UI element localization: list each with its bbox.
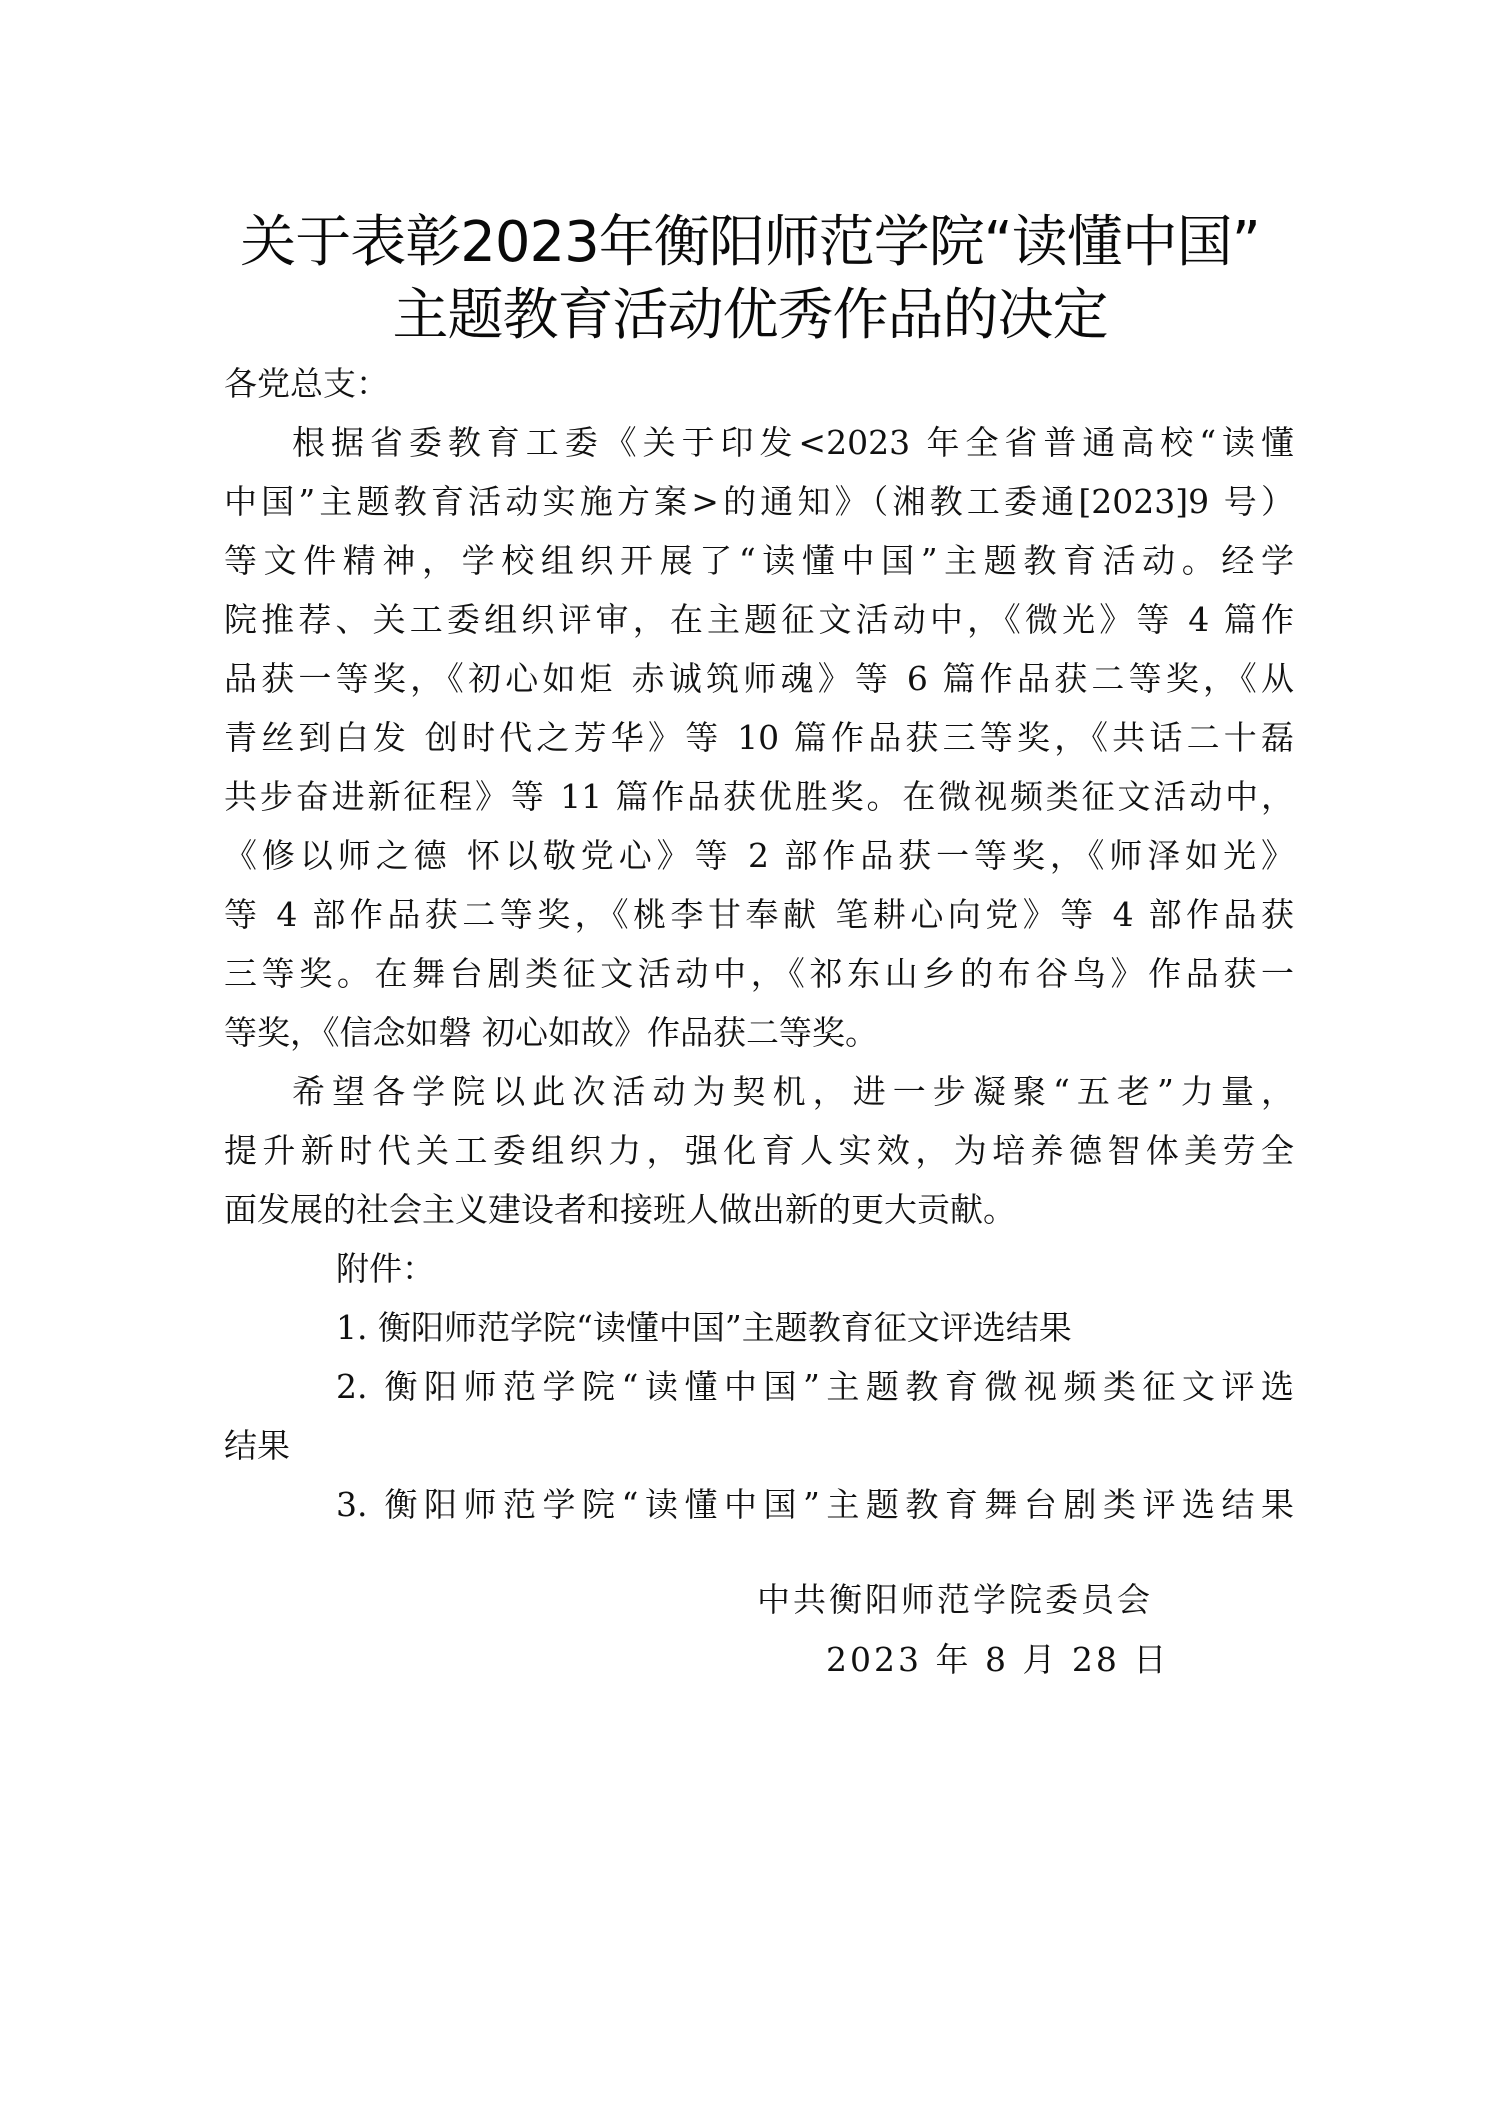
document-page: 关于表彰2023年衡阳师范学院“读懂中国” 主题教育活动优秀作品的决定 各党总支… bbox=[0, 0, 1500, 2121]
attachment-item-2-continued: 结果 bbox=[224, 1422, 1294, 1470]
paragraph-1-line: 共步奋进新征程》等 11 篇作品获优胜奖。在微视频类征文活动中， bbox=[224, 773, 1294, 821]
paragraph-1-line: 等 4 部作品获二等奖，《桃李甘奉献 笔耕心向党》等 4 部作品获 bbox=[224, 891, 1294, 939]
attachment-item-3: 3. 衡阳师范学院“读懂中国”主题教育舞台剧类评选结果 bbox=[336, 1481, 1294, 1529]
signature-date: 2023 年 8 月 28 日 bbox=[826, 1636, 1169, 1684]
paragraph-1-line: 《修以师之德 怀以敬党心》等 2 部作品获一等奖，《师泽如光》 bbox=[224, 832, 1294, 880]
paragraph-2-line: 提升新时代关工委组织力，强化育人实效，为培养德智体美劳全 bbox=[224, 1127, 1294, 1175]
attachment-item-1: 1. 衡阳师范学院“读懂中国”主题教育征文评选结果 bbox=[336, 1304, 1294, 1352]
paragraph-1-line: 中国”主题教育活动实施方案>的通知》（湘教工委通[2023]9 号） bbox=[224, 478, 1294, 526]
paragraph-1-line: 院推荐、关工委组织评审，在主题征文活动中，《微光》等 4 篇作 bbox=[224, 596, 1294, 644]
paragraph-2-line: 希望各学院以此次活动为契机，进一步凝聚“五老”力量， bbox=[292, 1068, 1294, 1116]
paragraph-1-line: 品获一等奖，《初心如炬 赤诚筑师魂》等 6 篇作品获二等奖，《从 bbox=[224, 655, 1294, 703]
document-title-line-1: 关于表彰2023年衡阳师范学院“读懂中国” bbox=[0, 208, 1500, 278]
document-title-line-2: 主题教育活动优秀作品的决定 bbox=[0, 281, 1500, 351]
paragraph-1-line: 等奖，《信念如磐 初心如故》作品获二等奖。 bbox=[224, 1009, 1294, 1057]
attachment-item-2: 2. 衡阳师范学院“读懂中国”主题教育微视频类征文评选 bbox=[336, 1363, 1294, 1411]
paragraph-2-line: 面发展的社会主义建设者和接班人做出新的更大贡献。 bbox=[224, 1186, 1294, 1234]
salutation: 各党总支： bbox=[224, 360, 1294, 408]
paragraph-1-line: 三等奖。在舞台剧类征文活动中，《祁东山乡的布谷鸟》作品获一 bbox=[224, 950, 1294, 998]
paragraph-1-line: 根据省委教育工委《关于印发<2023 年全省普通高校“读懂 bbox=[292, 419, 1294, 467]
attachments-label: 附件： bbox=[336, 1245, 1294, 1293]
paragraph-1-line: 等文件精神，学校组织开展了“读懂中国”主题教育活动。经学 bbox=[224, 537, 1294, 585]
signature-organization: 中共衡阳师范学院委员会 bbox=[757, 1576, 1153, 1624]
paragraph-1-line: 青丝到白发 创时代之芳华》等 10 篇作品获三等奖，《共话二十磊 bbox=[224, 714, 1294, 762]
